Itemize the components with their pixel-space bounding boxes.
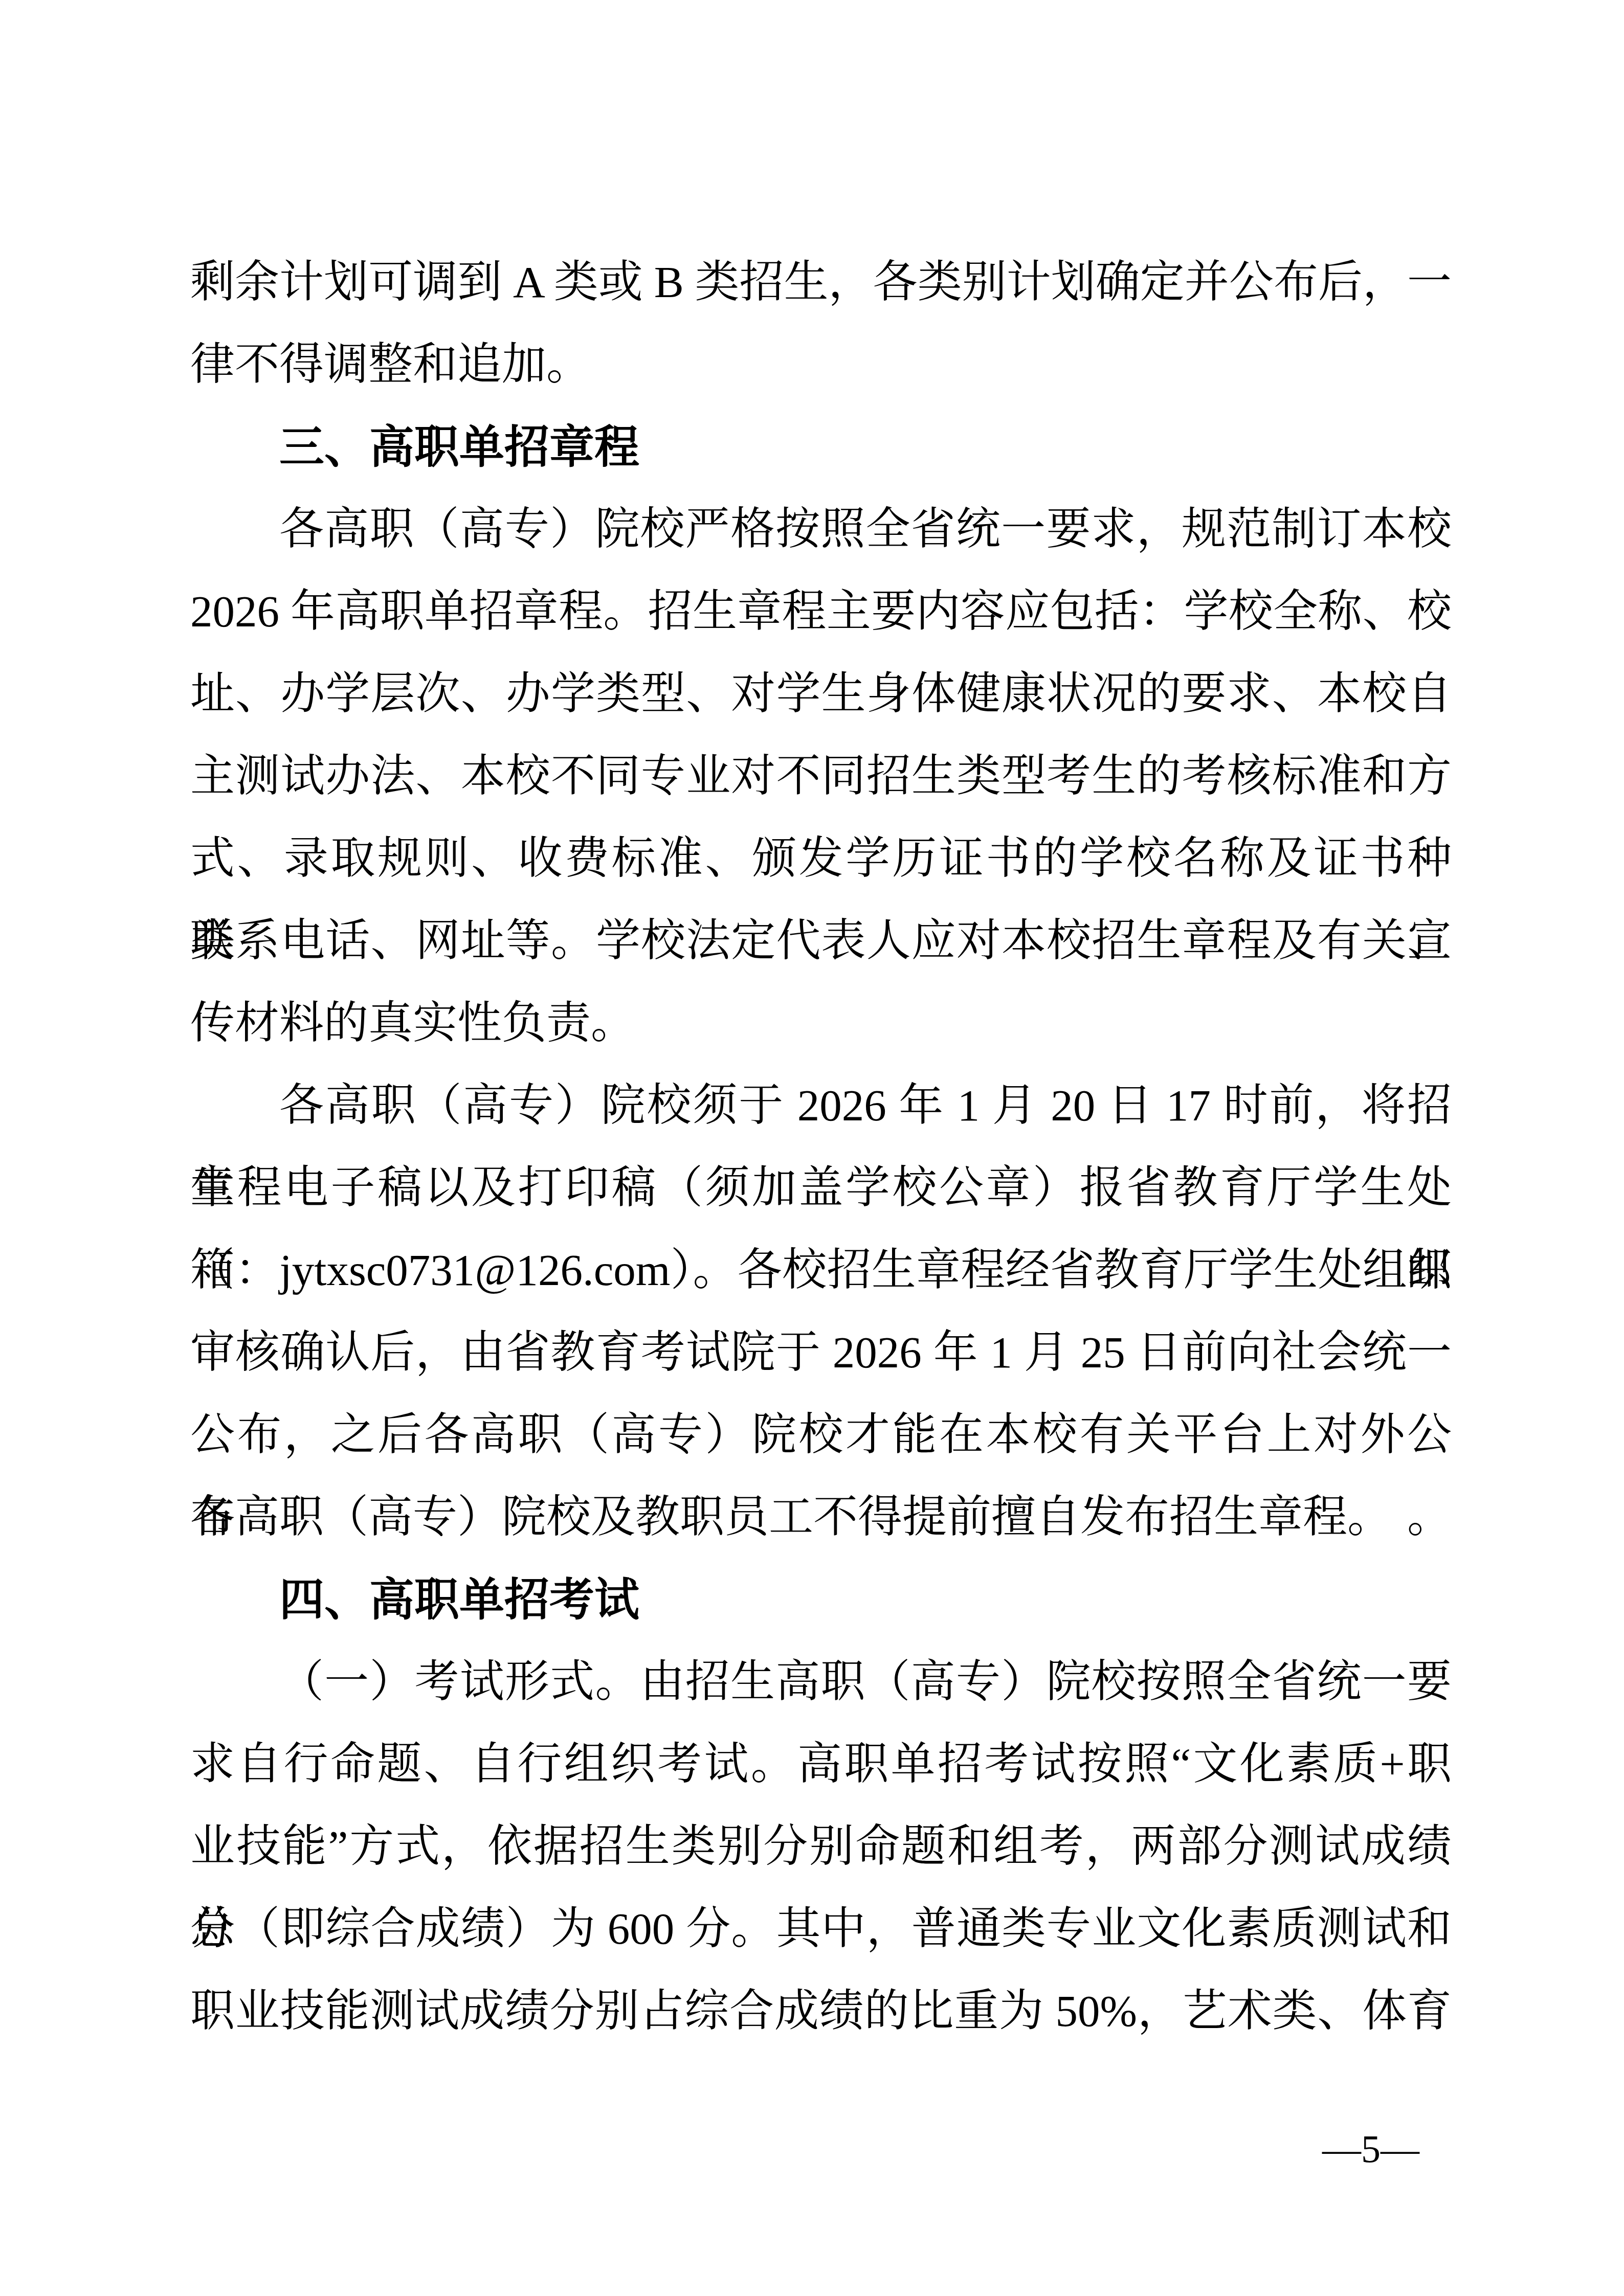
section-heading: 四、高职单招考试: [190, 1558, 1452, 1640]
text-line: 式、录取规则、收费标准、颁发学历证书的学校名称及证书种类、: [190, 817, 1452, 899]
text-line: 各高职（高专）院校及教职员工不得提前擅自发布招生章程。: [190, 1476, 1452, 1558]
text-line: 联系电话、网址等。学校法定代表人应对本校招生章程及有关宣: [190, 899, 1452, 982]
text-block: 剩余计划可调到 A 类或 B 类招生，各类别计划确定并公布后，一律不得调整和追加…: [190, 241, 1452, 2052]
text-line: 章程电子稿以及打印稿（须加盖学校公章）报省教育厅学生处（邮: [190, 1146, 1452, 1229]
text-line: 传材料的真实性负责。: [190, 982, 1452, 1064]
text-line: 职业技能测试成绩分别占综合成绩的比重为 50%，艺术类、体育: [190, 1970, 1452, 2052]
text-line: 各高职（高专）院校须于 2026 年 1 月 20 日 17 时前，将招生: [190, 1064, 1452, 1146]
text-line: 各高职（高专）院校严格按照全省统一要求，规范制订本校: [190, 488, 1452, 570]
page-number: —5—: [1322, 2126, 1419, 2172]
text-line: 求自行命题、自行组织考试。高职单招考试按照“文化素质+职: [190, 1723, 1452, 1805]
section-heading: 三、高职单招章程: [190, 406, 1452, 488]
text-line: 主测试办法、本校不同专业对不同招生类型考生的考核标准和方: [190, 735, 1452, 817]
text-line: 2026 年高职单招章程。招生章程主要内容应包括：学校全称、校: [190, 570, 1452, 652]
text-line: 剩余计划可调到 A 类或 B 类招生，各类别计划确定并公布后，一: [190, 241, 1452, 323]
text-line: 分（即综合成绩）为 600 分。其中，普通类专业文化素质测试和: [190, 1887, 1452, 1970]
text-line: 公布，之后各高职（高专）院校才能在本校有关平台上对外公布。: [190, 1393, 1452, 1476]
text-line: 律不得调整和追加。: [190, 323, 1452, 406]
text-line: 业技能”方式，依据招生类别分别命题和组考，两部分测试成绩总: [190, 1805, 1452, 1887]
document-page: 剩余计划可调到 A 类或 B 类招生，各类别计划确定并公布后，一律不得调整和追加…: [0, 0, 1624, 2296]
text-line: 箱：jytxsc0731@126.com）。各校招生章程经省教育厅学生处组织: [190, 1229, 1452, 1311]
text-line: 址、办学层次、办学类型、对学生身体健康状况的要求、本校自: [190, 652, 1452, 735]
text-line: 审核确认后，由省教育考试院于 2026 年 1 月 25 日前向社会统一: [190, 1311, 1452, 1393]
text-line: （一）考试形式。由招生高职（高专）院校按照全省统一要: [190, 1640, 1452, 1723]
